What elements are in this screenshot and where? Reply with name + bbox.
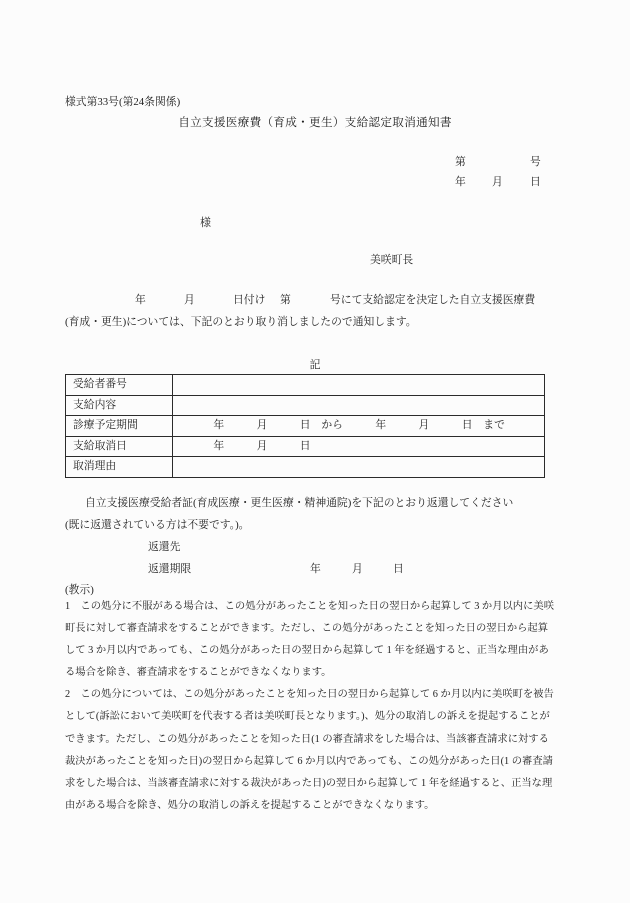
table-row: 支給内容 [66, 395, 545, 416]
kyoji-item2-line: 2 この処分については、この処分があったことを知った日の翌日から起算して 6 か… [65, 688, 546, 710]
row-value-benefit-detail [173, 395, 545, 416]
issue-date-line: 年 月 日 [0, 175, 630, 191]
return-instruction-line2: (既に返還されている方は不要です。)。 [65, 518, 249, 533]
kyoji-item2-line: できます。ただし、この処分があったことを知った日(1 の審査請求をした場合は、当… [65, 733, 546, 755]
document-page: 様式第33号(第24条関係) 自立支援医療費（育成・更生）支給認定取消通知書 第… [0, 0, 630, 903]
row-label-cancellation-reason: 取消理由 [66, 457, 173, 478]
document-title: 自立支援医療費（育成・更生）支給認定取消通知書 [0, 115, 630, 131]
body-paragraph-line1: 年 月 日付け 第 号にて支給認定を決定した自立支援医療費 [0, 293, 630, 309]
row-label-benefit-detail: 支給内容 [66, 395, 173, 416]
body-year-label: 年 [135, 293, 146, 308]
return-to-label: 返還先 [148, 540, 180, 555]
row-value-cancellation-reason [173, 457, 545, 478]
table-row: 支給取消日 年 月 日 [66, 436, 545, 457]
notification-table: 受給者番号 支給内容 診療予定期間 年 月 日 から 年 月 日 まで 支給取消… [65, 374, 545, 478]
form-number-label: 様式第33号(第24条関係) [65, 95, 180, 110]
kyoji-item2-line: として(訴訟において美咲町を代表する者は美咲町長となります。)、処分の取消しの訴… [65, 710, 546, 732]
row-value-treatment-period: 年 月 日 から 年 月 日 まで [173, 416, 545, 437]
issue-date-year-label: 年 [455, 175, 466, 190]
doc-number-suffix: 号 [530, 155, 541, 170]
body-day-label: 日付け [233, 293, 265, 308]
body-month-label: 月 [184, 293, 195, 308]
return-deadline-label: 返還期限 [148, 562, 191, 577]
return-instruction-line1: 自立支援医療受給者証(育成医療・更生医療・精神通院)を下記のとおり返還してくださ… [85, 496, 513, 511]
table-row: 診療予定期間 年 月 日 から 年 月 日 まで [66, 416, 545, 437]
deadline-month-label: 月 [352, 562, 363, 577]
addressee-honorific: 様 [200, 216, 211, 231]
return-to-line: 返還先 [0, 540, 630, 556]
body-paragraph-line2: (育成・更生)については、下記のとおり取り消しましたので通知します。 [65, 315, 417, 330]
kyoji-item2-line: 裁決があったことを知った日)の翌日から起算して 6 か月以内であっても、この処分… [65, 755, 546, 777]
issuer-title: 美咲町長 [370, 253, 413, 268]
kyoji-section: 1 この処分に不服がある場合は、この処分があったことを知った日の翌日から起算して… [65, 600, 546, 821]
kyoji-item1-line: 町長に対して審査請求をすることができます。ただし、この処分があったことを知った日… [65, 622, 546, 644]
row-value-recipient-number [173, 375, 545, 396]
issue-date-day-label: 日 [530, 175, 541, 190]
table-row: 取消理由 [66, 457, 545, 478]
body-doc-number-prefix: 第 [280, 293, 291, 308]
return-deadline-line: 返還期限 年 月 日 [0, 562, 630, 578]
deadline-day-label: 日 [393, 562, 404, 577]
row-label-treatment-period: 診療予定期間 [66, 416, 173, 437]
table-row: 受給者番号 [66, 375, 545, 396]
deadline-year-label: 年 [310, 562, 321, 577]
body-line1-rest: 号にて支給認定を決定した自立支援医療費 [330, 293, 535, 308]
ki-heading: 記 [0, 358, 630, 373]
kyoji-item2-line: 求をした場合は、当該審査請求に対する裁決があった日)の翌日から起算して 1 年を… [65, 777, 546, 799]
kyoji-item1-line: る場合を除き、審査請求をすることができなくなります。 [65, 666, 546, 688]
kyoji-heading: (教示) [65, 583, 94, 598]
kyoji-item1-line: して 3 か月以内であっても、この処分があった日の翌日から起算して 1 年を経過… [65, 644, 546, 666]
doc-number-line: 第 号 [0, 155, 630, 171]
row-label-cancellation-date: 支給取消日 [66, 436, 173, 457]
kyoji-item1-line: 1 この処分に不服がある場合は、この処分があったことを知った日の翌日から起算して… [65, 600, 546, 622]
issue-date-month-label: 月 [492, 175, 503, 190]
row-value-cancellation-date: 年 月 日 [173, 436, 545, 457]
kyoji-item2-line: 由がある場合を除き、処分の取消しの訴えを提起することができなくなります。 [65, 799, 546, 821]
doc-number-prefix: 第 [455, 155, 466, 170]
row-label-recipient-number: 受給者番号 [66, 375, 173, 396]
